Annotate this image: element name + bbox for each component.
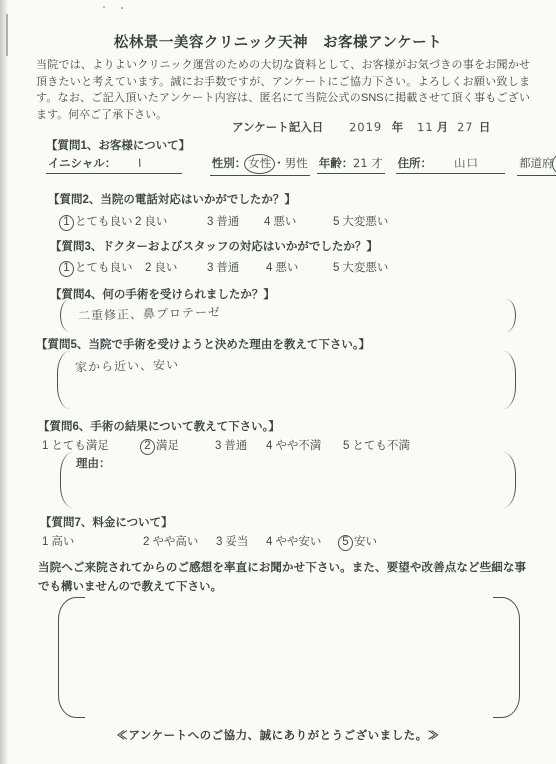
q2-option-1-number: 1 — [59, 215, 74, 231]
q3-option-3-number: 3 — [207, 262, 213, 274]
q3-option-5: 5大変悪い — [333, 259, 388, 275]
q1-gender-female-circle-mark: 女性 — [244, 154, 275, 174]
q6-reason-box: 理由： — [60, 452, 516, 508]
right-parenthesis-bracket — [502, 351, 516, 409]
q1-prefecture-field: 都道府県 — [517, 155, 556, 176]
q1-prefecture-ken-circle-mark: 県 — [552, 154, 556, 174]
q6-option-2-label: 満足 — [156, 440, 179, 452]
q7-option-4: 4やや安い — [266, 533, 321, 549]
q6-option-4-number: 4 — [266, 440, 272, 452]
q7-option-1-label: 高い — [51, 536, 74, 548]
q2-header: 【質問2、当院の電話対応はいかがでしたか？】 — [48, 191, 296, 207]
q3-option-1: 1とても良い — [62, 259, 133, 276]
q3-option-4-number: 4 — [266, 262, 272, 274]
feedback-box — [58, 597, 520, 718]
q1-initial-label: イニシャル： — [48, 158, 116, 170]
q3-option-2: 2良い — [145, 259, 177, 275]
left-parenthesis-bracket — [60, 299, 74, 332]
q7-option-5-number: 5 — [338, 535, 353, 551]
q3-option-4-label: 悪い — [275, 262, 298, 274]
q2-options-row: 1とても良い 2良い 3普通 4悪い 5大変悪い — [0, 213, 556, 229]
q3-option-5-label: 大変悪い — [342, 262, 388, 274]
q4-answer-box: 二重修正、鼻プロテーゼ — [60, 299, 516, 332]
q5-answer-handwritten: 家から近い、安い — [75, 356, 179, 376]
q2-option-2-label: 良い — [144, 216, 167, 228]
q6-option-5-label: とても不満 — [352, 440, 410, 452]
q6-reason-label: 理由： — [76, 455, 111, 471]
q6-options-row: 1とても満足 2満足 3普通 4やや不満 5とても不満 — [0, 437, 556, 453]
q3-option-2-number: 2 — [145, 262, 151, 274]
date-month-handwritten: 11 — [417, 120, 434, 134]
q7-option-3-number: 3 — [216, 536, 222, 548]
left-parenthesis-bracket — [60, 452, 74, 508]
q7-option-1-number: 1 — [42, 536, 48, 548]
q2-option-1-label: とても良い — [75, 216, 133, 228]
q7-option-1: 1高い — [42, 533, 74, 549]
q6-option-3-number: 3 — [215, 440, 221, 452]
q1-header: 【質問1、お客様について】 — [46, 137, 190, 153]
q1-age-field: 年齢：21 才 — [317, 155, 385, 174]
q2-option-3-label: 普通 — [216, 216, 239, 228]
q1-gender-label: 性別： — [212, 158, 247, 170]
q5-answer-box: 家から近い、安い — [57, 351, 516, 409]
q6-option-4: 4やや不満 — [266, 437, 321, 453]
q6-option-3-label: 普通 — [224, 440, 247, 452]
q2-option-4: 4悪い — [264, 213, 296, 229]
q7-option-4-label: やや安い — [275, 536, 321, 548]
q6-option-4-label: やや不満 — [275, 440, 321, 452]
q5-header: 【質問5、当院で手術を受けようと決めた理由を教えて下さい。】 — [36, 336, 370, 352]
q2-option-2-number: 2 — [135, 216, 141, 228]
q2-option-3-number: 3 — [207, 216, 213, 228]
q3-option-4: 4悪い — [266, 259, 298, 275]
q7-option-4-number: 4 — [266, 536, 272, 548]
q3-option-2-label: 良い — [154, 262, 177, 274]
scan-edge-shadow — [0, 0, 8, 764]
q6-option-1: 1とても満足 — [42, 437, 109, 453]
q4-answer-handwritten: 二重修正、鼻プロテーゼ — [78, 303, 221, 324]
q7-option-5: 5安い — [341, 533, 377, 550]
date-month-unit: 月 — [437, 122, 449, 134]
q3-option-3-label: 普通 — [216, 262, 239, 274]
q1-age-value-handwritten: 21 — [353, 156, 368, 170]
q1-gender-separator: ・ — [273, 158, 285, 170]
q7-option-3: 3妥当 — [216, 533, 248, 549]
q7-option-5-label: 安い — [354, 536, 377, 548]
q2-option-5: 5大変悪い — [333, 213, 388, 229]
q2-option-4-label: 悪い — [273, 216, 296, 228]
survey-intro-text: 当院では、よりよいクリニック運営のための大切な資料として、お客様がお気づきの事を… — [36, 57, 530, 123]
q1-address-field: 住所：山口 — [396, 155, 506, 174]
date-day-handwritten: 27 — [457, 120, 474, 134]
left-parenthesis-bracket — [57, 351, 71, 409]
thanks-message: ≪アンケートへのご協力、誠にありがとうございました。≫ — [0, 727, 556, 743]
q2-option-3: 3普通 — [207, 213, 239, 229]
q1-field-line: イニシャル：I性別：女性・男性年齢：21 才住所：山口都道府県 — [46, 155, 556, 176]
q1-age-label: 年齢： — [319, 158, 354, 170]
q3-option-3: 3普通 — [207, 259, 239, 275]
q7-option-2: 2やや高い — [143, 533, 198, 549]
q2-option-5-number: 5 — [333, 216, 339, 228]
q2-option-5-label: 大変悪い — [342, 216, 388, 228]
q6-option-1-number: 1 — [42, 440, 48, 452]
scan-speck — [121, 7, 123, 9]
q1-gender-male: 男性 — [285, 158, 308, 170]
q1-address-value-handwritten: 山口 — [454, 155, 479, 172]
q3-options-row: 1とても良い 2良い 3普通 4悪い 5大変悪い — [0, 259, 556, 275]
q3-header: 【質問3、ドクターおよびスタッフの対応はいかがでしたか？】 — [50, 238, 378, 254]
q1-age-unit: 才 — [371, 158, 383, 170]
date-year-handwritten: 2019 — [349, 120, 383, 135]
q7-options-row: 1高い 2やや高い 3妥当 4やや安い 5安い — [0, 533, 556, 549]
q1-address-label: 住所： — [398, 158, 433, 170]
q6-option-5-number: 5 — [343, 440, 349, 452]
scanned-survey-page: 松林景一美容クリニック天神 お客様アンケート 当院では、よりよいクリニック運営の… — [0, 0, 556, 764]
q7-header: 【質問7、料金について】 — [40, 514, 173, 530]
right-parenthesis-bracket — [502, 452, 516, 508]
date-label: アンケート記入日 — [232, 122, 323, 134]
q3-option-5-number: 5 — [333, 262, 339, 274]
q6-option-5: 5とても不満 — [343, 437, 410, 453]
q6-option-1-label: とても満足 — [51, 440, 109, 452]
q7-option-2-label: やや高い — [152, 536, 198, 548]
date-day-unit: 日 — [479, 122, 491, 134]
feedback-prompt: 当院へご来院されてからのご感想を率直にお聞かせ下さい。また、要望や改善点など些細… — [38, 559, 526, 597]
q2-option-4-number: 4 — [264, 216, 270, 228]
survey-title: 松林景一美容クリニック天神 お客様アンケート — [0, 31, 556, 52]
q1-initial-field: イニシャル：I — [46, 155, 182, 174]
scan-speck — [103, 6, 105, 8]
q1-prefecture-prefix: 都道府 — [519, 158, 554, 170]
q3-option-1-number: 1 — [59, 261, 74, 277]
q7-option-2-number: 2 — [143, 536, 149, 548]
q1-gender-field: 性別：女性・男性 — [210, 155, 310, 176]
q7-option-3-label: 妥当 — [225, 536, 248, 548]
right-bracket-with-tails — [493, 597, 520, 718]
right-parenthesis-bracket — [502, 299, 516, 332]
q2-option-2: 2良い — [135, 213, 167, 229]
q3-option-1-label: とても良い — [75, 262, 133, 274]
q6-header: 【質問6、手術の結果について教えて下さい。】 — [38, 418, 280, 434]
survey-date-line: アンケート記入日2019年11月27日 — [232, 119, 490, 135]
date-year-unit: 年 — [392, 122, 404, 134]
q6-option-3: 3普通 — [215, 437, 247, 453]
left-bracket-with-tails — [58, 597, 85, 718]
q2-option-1: 1とても良い — [62, 213, 133, 230]
q1-initial-value-handwritten: I — [138, 156, 142, 170]
